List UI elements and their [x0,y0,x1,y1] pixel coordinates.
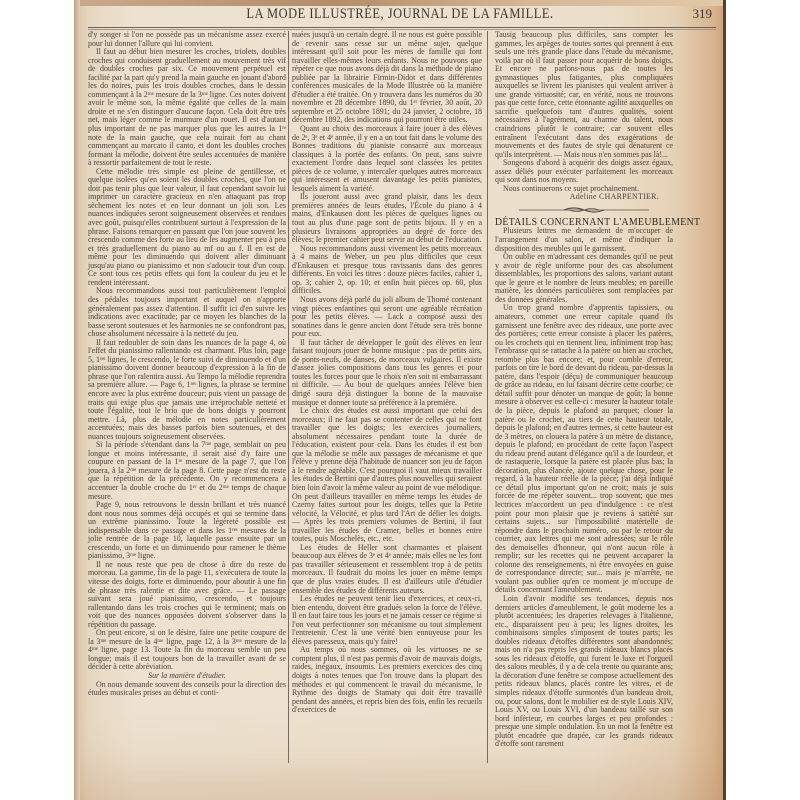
magazine-page: LA MODE ILLUSTRÉE, JOURNAL DE LA FAMILLE… [74,0,726,800]
paragraph: On peut encore, si on le désire, faire u… [88,629,286,672]
journal-title: LA MODE ILLUSTRÉE, JOURNAL DE LA FAMILLE… [132,6,669,23]
paragraph: d'y songer si l'on ne possède pas un méc… [88,31,286,48]
paragraph: On oublie en m'adressant ces demandes qu… [495,253,673,304]
paragraph: Nous recommandons aussi vivement les pet… [292,245,482,296]
paragraph: Au temps où nous sommes, où les virtuose… [292,646,482,714]
column-2: nuées jusqu'à un certain degré. Il ne no… [292,31,482,715]
paragraph: Plusieurs lettres me demandent de m'occu… [495,227,673,253]
paragraph: Les études ne peuvent tenir lieu d'exerc… [292,595,482,646]
column-3: Tausig beaucoup plus difficiles, sans co… [495,31,673,749]
page-number: 319 [693,6,713,22]
paragraph: Songeons d'abord à acquérir des doigts a… [495,159,673,185]
paragraph: Tausig beaucoup plus difficiles, sans co… [495,31,673,159]
paragraph: Page 9, nous retrouvons le dessin brilla… [88,501,286,561]
paragraph: Le choix des études est aussi important … [292,407,482,544]
paragraph: Si la période s'étendant dans la 7ᵐᵉ pag… [88,441,286,501]
column-2-paragraphs: nuées jusqu'à un certain degré. Il ne no… [292,31,482,715]
paragraph: Un trop grand nombre d'apprentis tapissi… [495,304,673,595]
paragraph: Nous avons déjà parlé du joli album de T… [292,296,482,339]
paragraph: Nous recommandons aussi tout particulièr… [88,287,286,338]
column-divider-1 [288,31,289,763]
column-divider-2 [487,31,488,763]
column-1: d'y songer si l'on ne possède pas un méc… [88,31,286,698]
header-rule [88,27,716,28]
ornament-divider-icon [519,206,649,214]
column-1-paragraphs: d'y songer si l'on ne possède pas un méc… [88,31,286,672]
paragraph: Cette mélodie très simple est pleine de … [88,168,286,288]
paragraph: Il faut redoubler de soin dans les nuanc… [88,339,286,442]
paragraph: Il faut tâcher de développer le goût des… [292,339,482,407]
paragraph: Les études de Heller sont charmantes et … [292,544,482,595]
author-signature: Adeline CHARPENTIER. [495,193,673,202]
paragraph: Loin d'avoir modifié ses tendances, depu… [495,595,673,749]
page-right-edge [723,0,726,800]
paragraph: nuées jusqu'à un certain degré. Il ne no… [292,31,482,125]
running-header: LA MODE ILLUSTRÉE, JOURNAL DE LA FAMILLE… [88,6,712,26]
column-3-paragraphs-before-signature: Tausig beaucoup plus difficiles, sans co… [495,31,673,193]
paragraph: On nous demande souvent des conseils pou… [88,681,286,698]
page-left-edge [74,0,80,800]
section-title-ameublement: DÉTAILS CONCERNANT L'AMEUBLEMENT [495,219,659,228]
paragraph: Quant au choix des morceaux à faire joue… [292,125,482,193]
column-3-paragraphs-after-title: Plusieurs lettres me demandent de m'occu… [495,227,673,748]
paragraph: Il ne nous reste que peu de chose à dire… [88,561,286,629]
column-1-after-subheading: On nous demande souvent des conseils pou… [88,681,286,698]
paragraph: Ils joueront aussi avec grand plaisir, d… [292,193,482,244]
paragraph: Il faut au début bien mesurer les croche… [88,48,286,168]
